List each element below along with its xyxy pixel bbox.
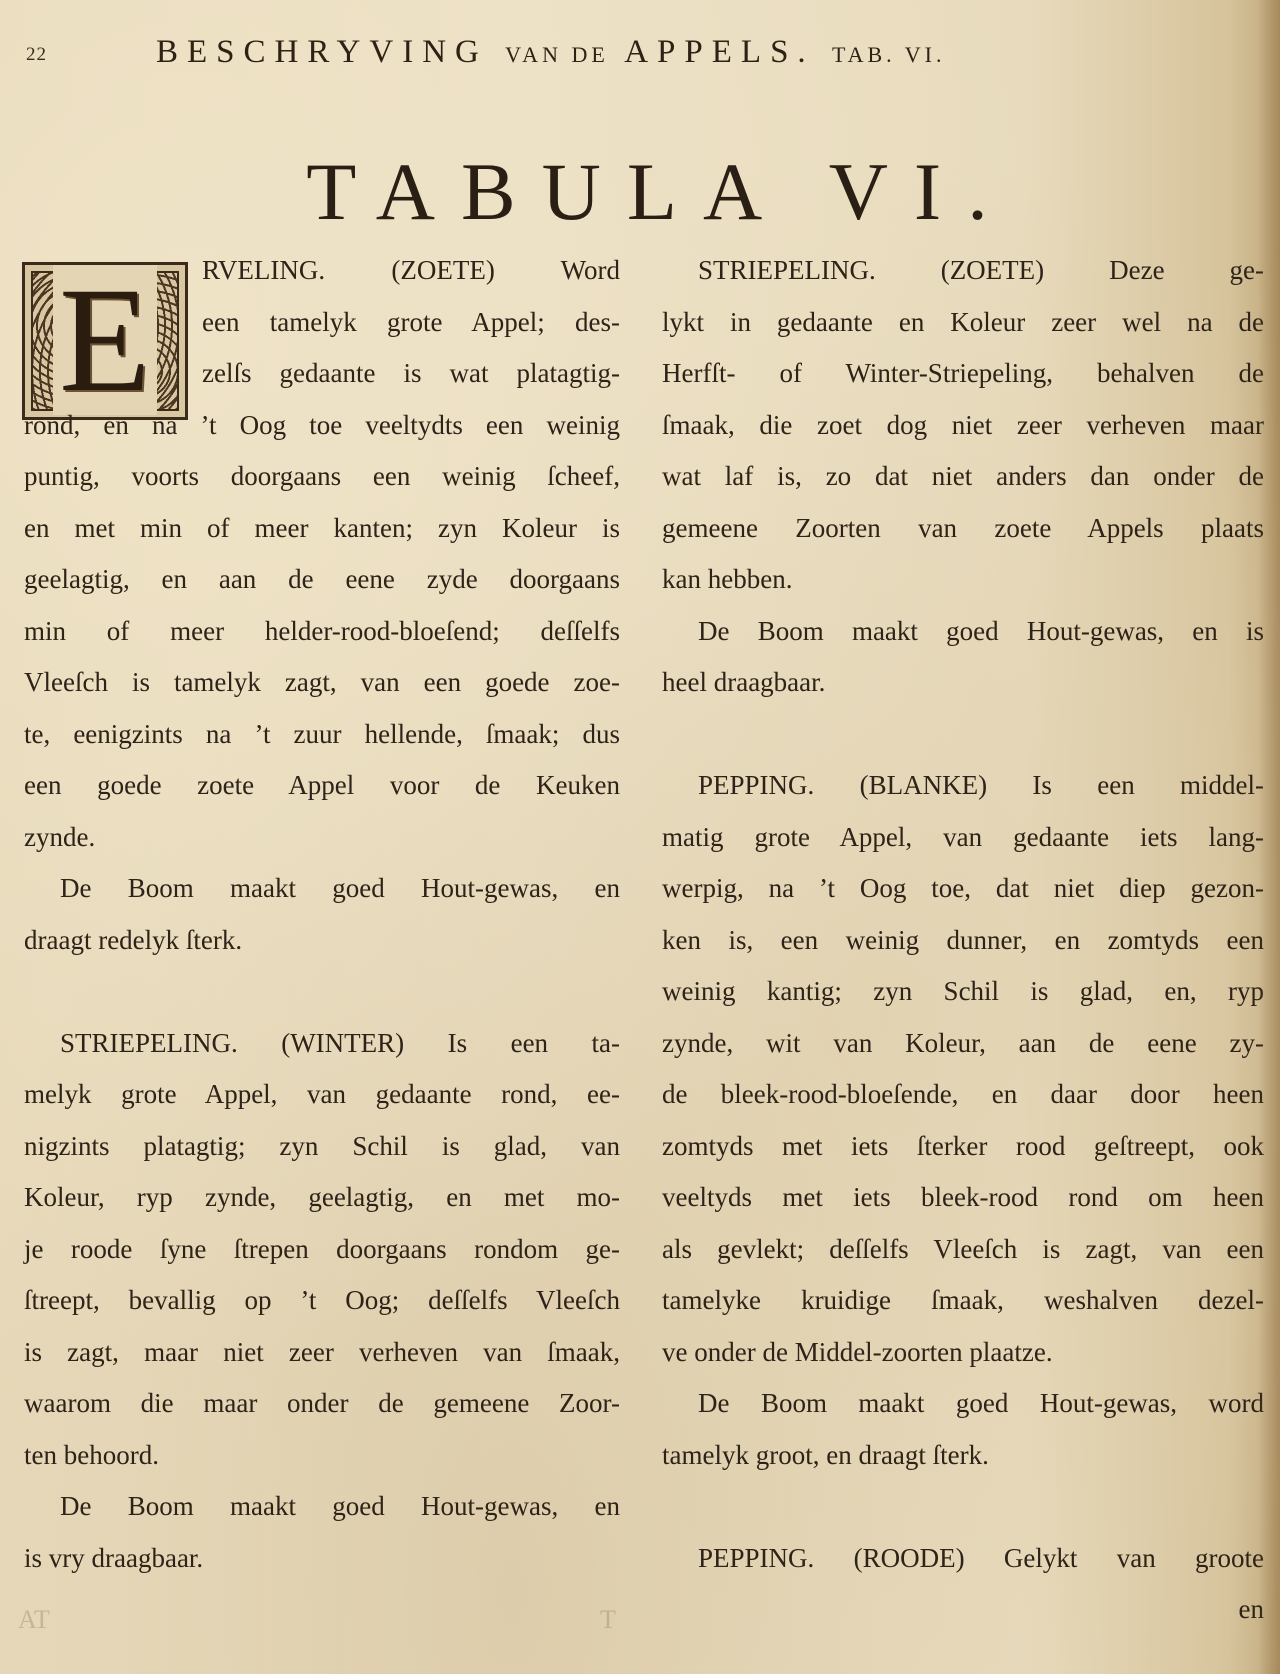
entry-heading-line: PEPPING. (BLANKE) Is een middel- [662,760,1264,812]
text-line: een goede zoete Appel voor de Keuken [24,760,620,812]
text-line: werpig, na ’t Oog toe, dat niet diep gez… [662,863,1264,915]
text-line: te, eenigzints na ’t zuur hellende, ſmaa… [24,709,620,761]
text-line: ſtreept, bevallig op ’t Oog; deſſelfs Vl… [24,1275,620,1327]
right-column: STRIEPELING. (ZOETE) Deze ge- lykt in ge… [662,245,1264,1636]
text-line: gemeene Zoorten van zoete Appels plaats [662,503,1264,555]
text-line: De Boom maakt goed Hout-gewas, word [662,1378,1264,1430]
text-line: nigzints platagtig; zyn Schil is glad, v… [24,1121,620,1173]
text-line: ken is, een weinig dunner, en zomtyds ee… [662,915,1264,967]
page-edge-shadow [1258,0,1280,1674]
text-line: een tamelyk grote Appel; des- [24,297,620,349]
text-line: is vry draagbaar. [24,1533,620,1585]
text-line: puntig, voorts doorgaans een weinig ſche… [24,451,620,503]
text-line: melyk grote Appel, van gedaante rond, ee… [24,1069,620,1121]
text-line: Herfſt- of Winter-Striepeling, behalven … [662,348,1264,400]
paragraph-gap [662,1481,1264,1533]
text-line: wat laf is, zo dat niet anders dan onder… [662,451,1264,503]
text-line: RVELING. (ZOETE) Word [24,245,620,297]
text-line: geelagtig, en aan de eene zyde doorgaans [24,554,620,606]
page-title: TABULA VI. [0,145,1280,239]
text-line: waarom die maar onder de gemeene Zoor- [24,1378,620,1430]
text-line: veeltyds met iets bleek-rood rond om hee… [662,1172,1264,1224]
entry-heading-line: PEPPING. (ROODE) Gelykt van groote [662,1533,1264,1585]
text-line: is zagt, maar niet zeer verheven van ſma… [24,1327,620,1379]
page-number: 22 [26,44,47,66]
left-column: RVELING. (ZOETE) Word een tamelyk grote … [24,245,620,1584]
text-line: De Boom maakt goed Hout-gewas, en is [662,606,1264,658]
text-line: De Boom maakt goed Hout-gewas, en [24,863,620,915]
text-line: als gevlekt; deſſelfs Vleeſch is zagt, v… [662,1224,1264,1276]
paragraph-gap [662,709,1264,761]
text-line: De Boom maakt goed Hout-gewas, en [24,1481,620,1533]
text-line: weinig kantig; zyn Schil is glad, en, ry… [662,966,1264,1018]
text-line: en met min of meer kanten; zyn Koleur is [24,503,620,555]
text-line: kan hebben. [662,554,1264,606]
catchword: en [662,1584,1264,1636]
running-title-part2: VAN DE [505,42,609,67]
text-line: zynde, wit van Koleur, aan de eene zy- [662,1018,1264,1070]
running-head: 22 BESCHRYVING VAN DE APPELS. TAB. VI. [26,34,1220,74]
text-line: Vleeſch is tamelyk zagt, van een goede z… [24,657,620,709]
text-line: de bleek-rood-bloeſende, en daar door he… [662,1069,1264,1121]
text-line: zynde. [24,812,620,864]
text-line: matig grote Appel, van gedaante iets lan… [662,812,1264,864]
show-through-imprint-left: AT [18,1605,50,1635]
entry-heading-line: STRIEPELING. (ZOETE) Deze ge- [662,245,1264,297]
text-line: ve onder de Middel-zoorten plaatze. [662,1327,1264,1379]
running-title-part3: APPELS. [624,34,814,70]
text-line: tamelyke kruidige ſmaak, weshalven dezel… [662,1275,1264,1327]
text-line: lykt in gedaante en Koleur zeer wel na d… [662,297,1264,349]
text-line: zomtyds met iets ſterker rood geſtreept,… [662,1121,1264,1173]
text-line: zelſs gedaante is wat platagtig- [24,348,620,400]
text-line: rond, en na ’t Oog toe veeltydts een wei… [24,400,620,452]
entry-heading-line: STRIEPELING. (WINTER) Is een ta- [24,1018,620,1070]
book-page: 22 BESCHRYVING VAN DE APPELS. TAB. VI. T… [0,0,1280,1674]
text-line: Koleur, ryp zynde, geelagtig, en met mo- [24,1172,620,1224]
running-title-part1: BESCHRYVING [156,34,488,70]
running-title: BESCHRYVING VAN DE APPELS. TAB. VI. [156,34,946,71]
paragraph-gap [24,966,620,1018]
text-line: ſmaak, die zoet dog niet zeer verheven m… [662,400,1264,452]
text-line: heel draagbaar. [662,657,1264,709]
text-line: draagt redelyk ſterk. [24,915,620,967]
show-through-imprint-right: T [600,1605,616,1635]
text-line: je roode ſyne ſtrepen doorgaans rondom g… [24,1224,620,1276]
text-line: tamelyk groot, en draagt ſterk. [662,1430,1264,1482]
running-title-part4: TAB. VI. [832,42,946,67]
text-line: ten behoord. [24,1430,620,1482]
text-line: min of meer helder-rood-bloeſend; deſſel… [24,606,620,658]
